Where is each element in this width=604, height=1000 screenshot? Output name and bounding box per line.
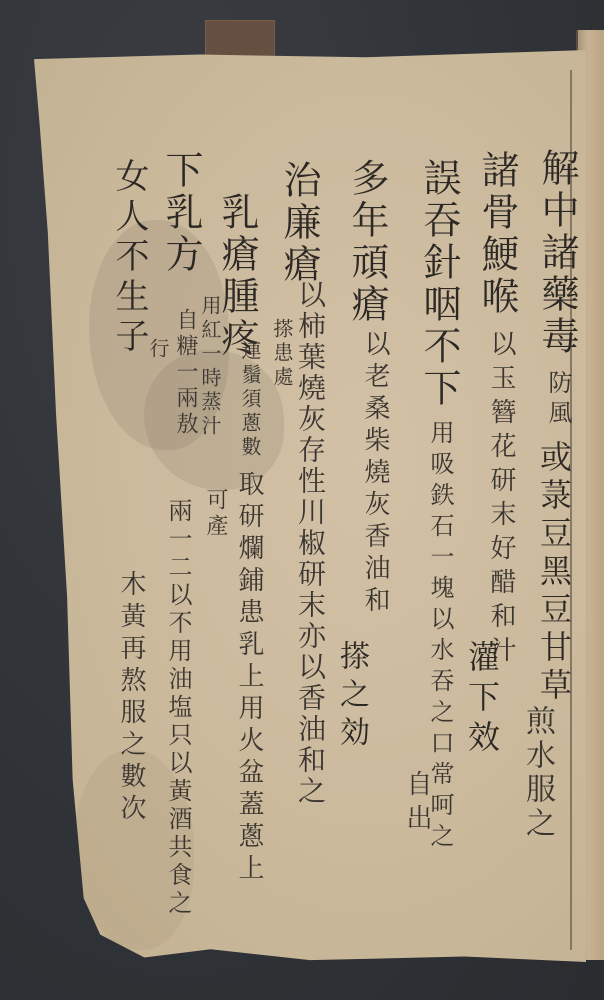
column-1-heading: 解中諸藥毒 <box>538 148 576 358</box>
column-6-note-a: 連鬚須蔥數 <box>240 340 260 460</box>
column-1-note-a: 防風 <box>546 370 570 430</box>
column-5-note-a: 以柿葉燒灰存性川椒研末亦以香油和之 <box>296 280 324 807</box>
column-5-side-note: 搽患處 <box>272 318 292 390</box>
column-3-note-b: 自出 <box>404 770 430 838</box>
column-6-note-b: 取研爛鋪患乳上用火盆蓋蔥上 <box>236 470 262 886</box>
column-1-note-c: 煎水服之 <box>522 705 552 841</box>
column-7-heading: 下乳方 <box>162 150 200 276</box>
column-8-note-a: 行 <box>148 338 168 362</box>
column-8-note-b: 木黃再熬服之數次 <box>118 570 144 826</box>
column-3-heading: 誤吞針咽不下 <box>420 158 458 410</box>
column-2-heading: 諸骨鯁喉 <box>478 150 516 318</box>
column-4-note-a: 以老桑柴燒灰香油和 <box>362 330 388 618</box>
column-2-note-a: 以玉簪花研末好醋和汁 <box>488 330 514 670</box>
column-4-note-b: 搽之効 <box>336 640 366 754</box>
column-5-heading: 治廉瘡 <box>280 160 318 286</box>
column-8-heading: 女人不生子 <box>112 158 146 358</box>
column-7-note-d: 兩一二以不用油塩只以黃酒共食之 <box>166 498 190 918</box>
column-4-heading: 多年頑瘡 <box>348 158 386 326</box>
column-2-note-b: 灌下效 <box>466 640 498 760</box>
column-7-note-c: 可產 <box>204 488 226 540</box>
column-6-heading: 乳瘡腫疼 <box>218 192 256 360</box>
column-1-note-b: 或菉豆黑豆甘草 <box>538 440 570 706</box>
column-7-note-b: 自糖一兩敖 <box>174 308 196 438</box>
column-7-note-a: 用紅一時蒸汁 <box>200 295 220 439</box>
